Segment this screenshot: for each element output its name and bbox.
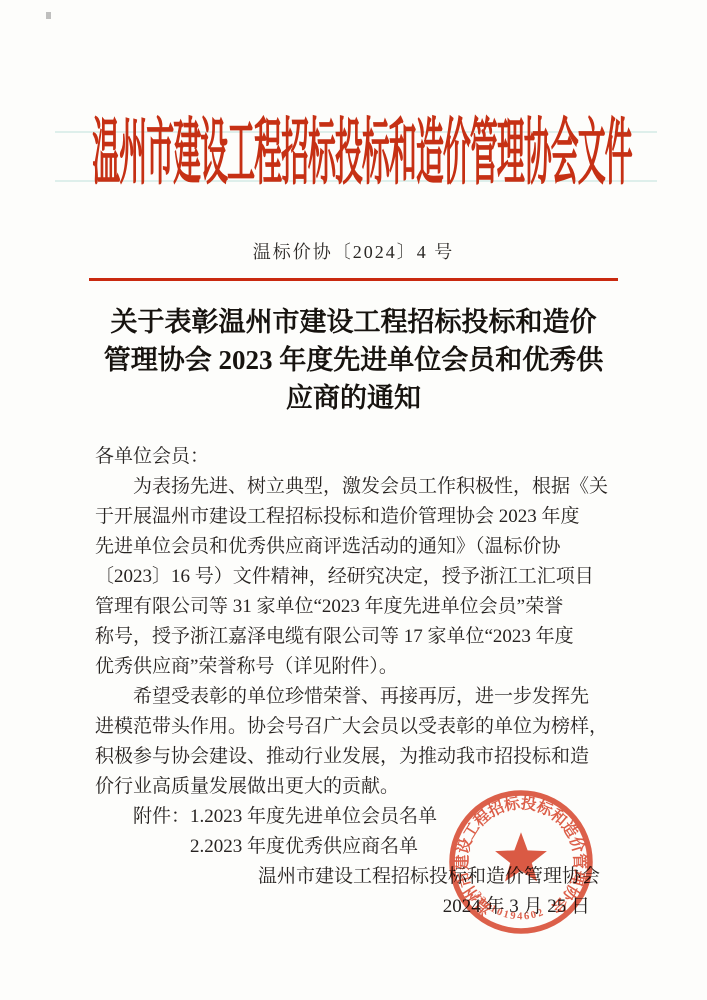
body-line: 附件：1.2023 年度先进单位会员名单 (95, 802, 612, 832)
document-title-line: 关于表彰温州市建设工程招标投标和造价 (50, 303, 657, 341)
document-page: 温州市建设工程招标投标和造价管理协会文件 温标价协〔2024〕4 号 关于表彰温… (0, 0, 707, 1000)
document-body: 各单位会员： 为表扬先进、树立典型，激发会员工作积极性，根据《关于开展温州市建设… (95, 442, 612, 922)
scan-speck (46, 12, 51, 19)
body-line: 积极参与协会建设、推动行业发展，为推动我市招投标和造 (95, 742, 612, 772)
body-line: 管理有限公司等 31 家单位“2023 年度先进单位会员”荣誉 (95, 592, 612, 622)
body-line: 于开展温州市建设工程招标投标和造价管理协会 2023 年度 (95, 502, 612, 532)
letterhead-title: 温州市建设工程招标投标和造价管理协会文件 (92, 93, 631, 199)
body-line: 希望受表彰的单位珍惜荣誉、再接再厉，进一步发挥先 (95, 682, 612, 712)
letterhead: 温州市建设工程招标投标和造价管理协会文件 (0, 106, 707, 186)
body-line: 价行业高质量发展做出更大的贡献。 (95, 772, 612, 802)
body-line: 为表扬先进、树立典型，激发会员工作积极性，根据《关 (95, 472, 612, 502)
body-line: 称号，授予浙江嘉泽电缆有限公司等 17 家单位“2023 年度 (95, 622, 612, 652)
document-number: 温标价协〔2024〕4 号 (0, 238, 707, 266)
document-title: 关于表彰温州市建设工程招标投标和造价 管理协会 2023 年度先进单位会员和优秀… (50, 303, 657, 417)
red-divider-rule (89, 278, 618, 281)
body-line: 2024 年 3 月 25 日 (95, 892, 612, 922)
body-line: 各单位会员： (95, 442, 612, 472)
body-line: 2.2023 年度优秀供应商名单 (95, 832, 612, 862)
body-line: 先进单位会员和优秀供应商评选活动的通知》（温标价协 (95, 532, 612, 562)
document-title-line: 管理协会 2023 年度先进单位会员和优秀供 (50, 341, 657, 379)
body-line: 进模范带头作用。协会号召广大会员以受表彰的单位为榜样， (95, 712, 612, 742)
body-line: 温州市建设工程招标投标和造价管理协会 (95, 862, 612, 892)
body-line: 〔2023〕16 号）文件精神，经研究决定，授予浙江工汇项目 (95, 562, 612, 592)
body-line: 优秀供应商”荣誉称号（详见附件）。 (95, 652, 612, 682)
document-title-line: 应商的通知 (50, 379, 657, 417)
